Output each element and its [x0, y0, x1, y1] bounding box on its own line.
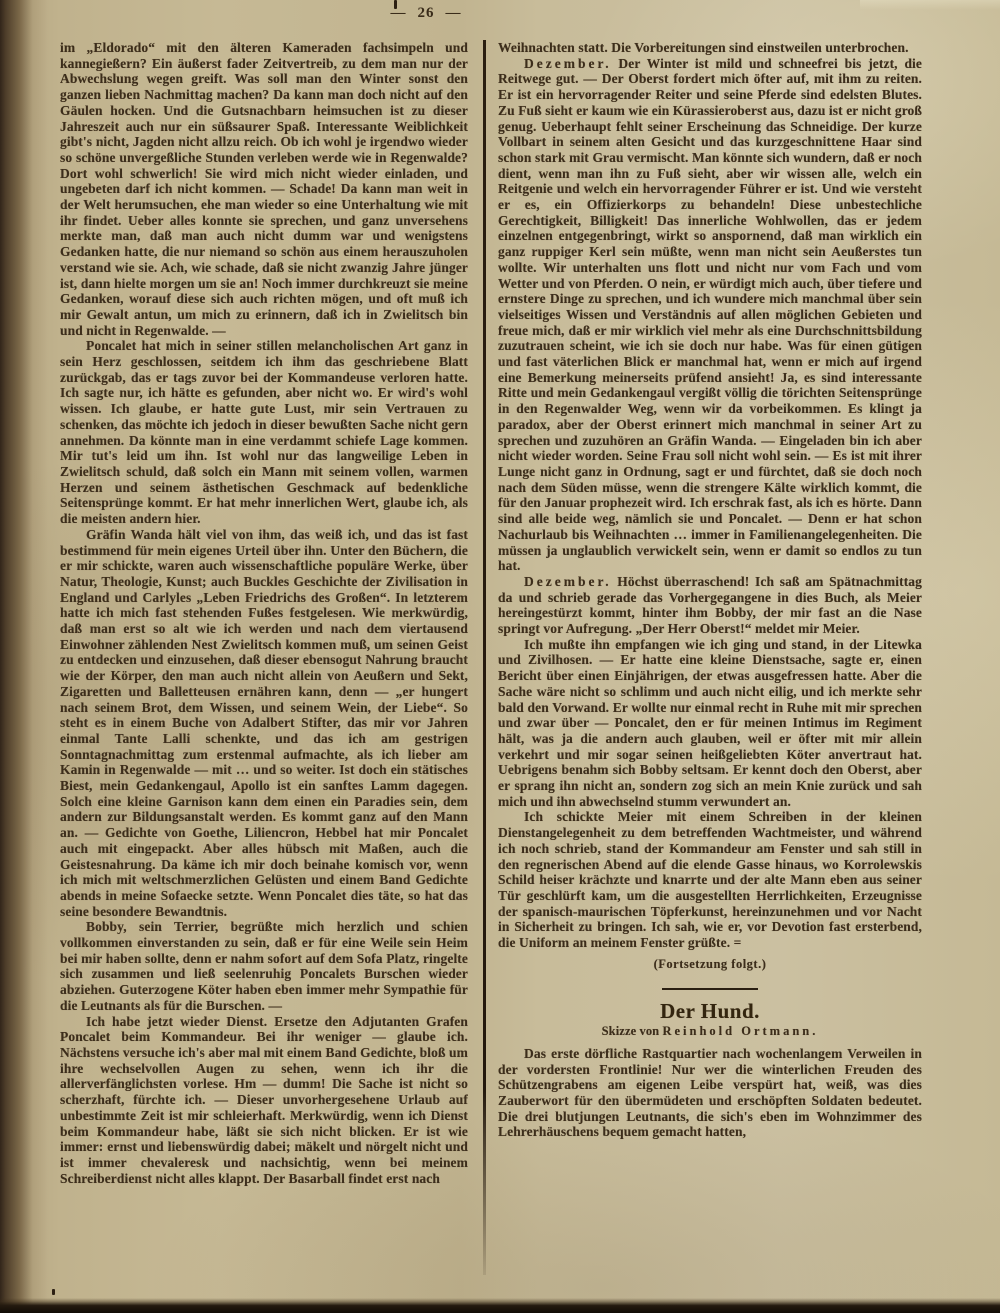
paragraph: Dezember. Der Winter ist mild und schnee…: [498, 56, 922, 574]
page-number-header: —26—: [60, 5, 792, 22]
paragraph-lead-word: Dezember.: [524, 574, 612, 589]
section-divider-rule: [662, 988, 758, 990]
paragraph: Bobby, sein Terrier, begrüßte mich herzl…: [60, 919, 468, 1013]
page-top-edge-highlight: [860, 0, 1000, 10]
paragraph: Ich habe jetzt wieder Dienst. Ersetze de…: [60, 1014, 468, 1187]
right-text-column: Weihnachten statt. Die Vorbereitungen si…: [498, 40, 922, 1290]
paragraph-lead-word: Dezember.: [524, 56, 612, 71]
page-number: 26: [418, 5, 435, 21]
paragraph: Das erste dörfliche Rastquartier nach wo…: [498, 1046, 922, 1140]
paragraph: Gräfin Wanda hält viel von ihm, das weiß…: [60, 527, 468, 920]
paragraph: im „Eldorado“ mit den älteren Kameraden …: [60, 40, 468, 338]
story-title: Der Hund.: [498, 1004, 922, 1020]
page-bottom-edge-shadow: [0, 1298, 1000, 1313]
paragraph: Weihnachten statt. Die Vorbereitungen si…: [498, 40, 922, 56]
header-dash-left: —: [380, 5, 418, 21]
left-text-column: im „Eldorado“ mit den älteren Kameraden …: [60, 40, 468, 1265]
page-left-edge-shadow: [0, 0, 48, 1313]
column-divider-rule: [483, 40, 486, 1275]
two-column-text-block: im „Eldorado“ mit den älteren Kameraden …: [60, 40, 922, 1290]
paragraph: Poncalet hat mich in seiner stillen mela…: [60, 338, 468, 526]
ink-speck: [52, 1289, 55, 1295]
header-dash-right: —: [435, 5, 473, 21]
paragraph: Ich mußte ihn empfangen wie ich ging und…: [498, 637, 922, 810]
byline-author-name: Reinhold Ortmann.: [662, 1024, 818, 1038]
continuation-note: (Fortsetzung folgt.): [498, 957, 922, 973]
story-byline: Skizze von Reinhold Ortmann.: [498, 1024, 922, 1040]
paragraph: Ich schickte Meier mit einem Schreiben i…: [498, 809, 922, 950]
byline-prefix: Skizze von: [602, 1024, 660, 1038]
paragraph-body: Der Winter ist mild und schneefrei bis j…: [498, 56, 922, 574]
scanned-book-page: { "page": { "header": { "left_dash": "—"…: [0, 0, 1000, 1313]
paragraph: Dezember. Höchst überraschend! Ich saß a…: [498, 574, 922, 637]
